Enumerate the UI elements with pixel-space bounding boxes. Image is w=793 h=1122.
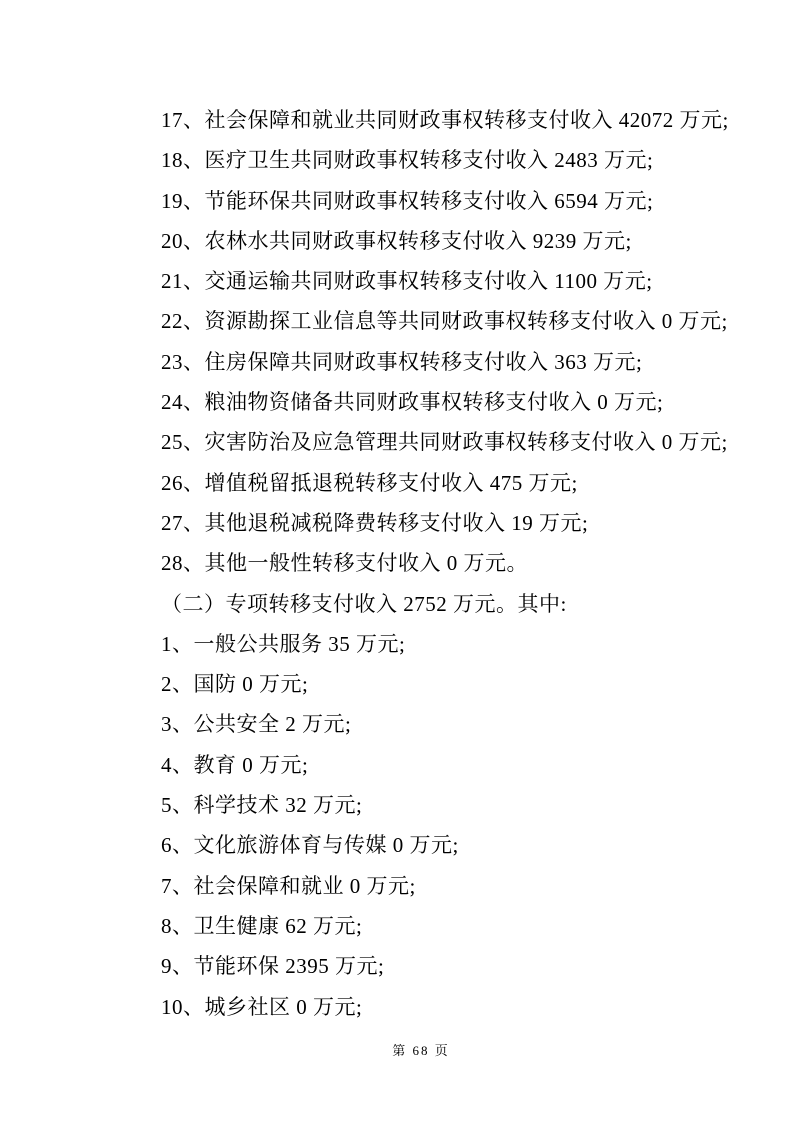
section-heading: （二）专项转移支付收入 2752 万元。其中: [119, 584, 729, 624]
list-item: 24、粮油物资储备共同财政事权转移支付收入 0 万元; [119, 382, 729, 422]
list-item: 19、节能环保共同财政事权转移支付收入 6594 万元; [119, 181, 729, 221]
list-item: 1、一般公共服务 35 万元; [119, 624, 729, 664]
list-item: 10、城乡社区 0 万元; [119, 987, 729, 1027]
list-item: 25、灾害防治及应急管理共同财政事权转移支付收入 0 万元; [119, 422, 729, 462]
list-item: 18、医疗卫生共同财政事权转移支付收入 2483 万元; [119, 140, 729, 180]
list-item: 17、社会保障和就业共同财政事权转移支付收入 42072 万元; [119, 100, 729, 140]
list-item: 23、住房保障共同财政事权转移支付收入 363 万元; [119, 342, 729, 382]
page-number: 第 68 页 [119, 1040, 723, 1059]
list-item: 8、卫生健康 62 万元; [119, 906, 729, 946]
list-item: 22、资源勘探工业信息等共同财政事权转移支付收入 0 万元; [119, 301, 729, 341]
list-item: 9、节能环保 2395 万元; [119, 946, 729, 986]
list-item: 27、其他退税减税降费转移支付收入 19 万元; [119, 503, 729, 543]
document-page: 17、社会保障和就业共同财政事权转移支付收入 42072 万元; 18、医疗卫生… [0, 0, 793, 1122]
list-item: 7、社会保障和就业 0 万元; [119, 866, 729, 906]
list-item: 21、交通运输共同财政事权转移支付收入 1100 万元; [119, 261, 729, 301]
list-item: 5、科学技术 32 万元; [119, 785, 729, 825]
list-item: 3、公共安全 2 万元; [119, 704, 729, 744]
list-item: 4、教育 0 万元; [119, 745, 729, 785]
list-item: 28、其他一般性转移支付收入 0 万元。 [119, 543, 729, 583]
document-body: 17、社会保障和就业共同财政事权转移支付收入 42072 万元; 18、医疗卫生… [119, 100, 729, 1027]
list-item: 20、农林水共同财政事权转移支付收入 9239 万元; [119, 221, 729, 261]
list-item: 6、文化旅游体育与传媒 0 万元; [119, 825, 729, 865]
list-item: 26、增值税留抵退税转移支付收入 475 万元; [119, 463, 729, 503]
list-item: 2、国防 0 万元; [119, 664, 729, 704]
